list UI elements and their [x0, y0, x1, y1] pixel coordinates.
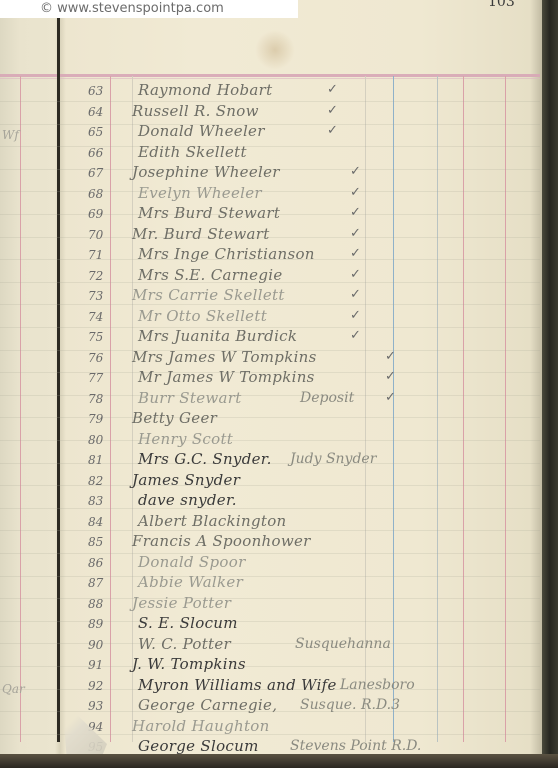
checkmark-icon: ✓ [350, 185, 361, 200]
entry-number: 92 [88, 679, 110, 693]
checkmark-icon: ✓ [350, 164, 361, 179]
entry-number: 71 [88, 248, 110, 262]
checkmark-icon: ✓ [350, 226, 361, 241]
entry-name: Mrs Burd Stewart [138, 204, 280, 222]
entry-name: Donald Spoor [138, 553, 246, 571]
entry-name: Donald Wheeler [138, 122, 265, 140]
entry-number: 76 [88, 351, 110, 365]
entry-number: 66 [88, 146, 110, 160]
entry-number: 65 [88, 125, 110, 139]
entry-name: Josephine Wheeler [132, 163, 280, 181]
entry-name: Albert Blackington [138, 512, 287, 530]
entry-name: James Snyder [132, 471, 240, 489]
entry-name: S. E. Slocum [138, 614, 238, 632]
ledger-page: 103 Wf Qar 63Raymond Hobart✓64Russell R.… [0, 0, 545, 756]
entry-number: 70 [88, 228, 110, 242]
entry-name: Burr Stewart [138, 389, 242, 407]
entry-name: Jessie Potter [132, 594, 231, 612]
entry-number: 82 [88, 474, 110, 488]
entry-number: 77 [88, 371, 110, 385]
entry-number: 81 [88, 453, 110, 467]
checkmark-icon: ✓ [327, 103, 338, 118]
entry-name: Myron Williams and Wife [138, 676, 337, 694]
entry-name: Mr Otto Skellett [138, 307, 267, 325]
header-rule-secondary [0, 78, 540, 79]
entry-name: Mrs S.E. Carnegie [138, 266, 283, 284]
entry-name: Mrs Inge Christianson [138, 245, 315, 263]
entry-name: Francis A Spoonhower [132, 532, 311, 550]
entry-number: 67 [88, 166, 110, 180]
entry-name: Mrs James W Tompkins [132, 348, 317, 366]
entry-number: 73 [88, 289, 110, 303]
checkmark-icon: ✓ [327, 123, 338, 138]
entry-name: Mrs G.C. Snyder. [138, 450, 272, 468]
entry-note: Susquehanna [295, 636, 391, 652]
entry-note: Susque. R.D.3 [300, 697, 400, 713]
checkmark-icon: ✓ [385, 369, 396, 384]
entry-name: J. W. Tompkins [132, 655, 246, 673]
entry-number: 93 [88, 699, 110, 713]
entry-name: George Carnegie, [138, 696, 277, 714]
entry-number: 80 [88, 433, 110, 447]
entry-name: Mrs Carrie Skellett [132, 286, 285, 304]
watermark: © www.stevenspointpa.com [0, 0, 298, 18]
entry-name: George Slocum [138, 737, 259, 755]
checkmark-icon: ✓ [350, 287, 361, 302]
entry-name: Abbie Walker [138, 573, 243, 591]
entry-number: 86 [88, 556, 110, 570]
entry-name: Russell R. Snow [132, 102, 259, 120]
entry-number: 91 [88, 658, 110, 672]
entry-number: 72 [88, 269, 110, 283]
entry-number: 63 [88, 84, 110, 98]
book-bottom-edge [0, 754, 558, 768]
entry-number: 87 [88, 576, 110, 590]
checkmark-icon: ✓ [385, 390, 396, 405]
entry-name: Edith Skellett [138, 143, 247, 161]
entry-name: Betty Geer [132, 409, 217, 427]
entry-note: Judy Snyder [290, 451, 376, 467]
entry-number: 88 [88, 597, 110, 611]
page-number: 103 [488, 0, 515, 10]
checkmark-icon: ✓ [350, 267, 361, 282]
checkmark-icon: ✓ [385, 349, 396, 364]
entry-number: 84 [88, 515, 110, 529]
entry-number: 85 [88, 535, 110, 549]
entry-name: Harold Haughton [132, 717, 270, 735]
entry-number: 74 [88, 310, 110, 324]
entry-name: Evelyn Wheeler [138, 184, 262, 202]
header-rule [0, 74, 540, 77]
book-binding [542, 0, 558, 768]
entry-number: 75 [88, 330, 110, 344]
entry-number: 68 [88, 187, 110, 201]
entry-number: 69 [88, 207, 110, 221]
entry-note: Stevens Point R.D. [290, 738, 421, 754]
checkmark-icon: ✓ [350, 328, 361, 343]
entry-note: Lanesboro [340, 677, 415, 693]
entry-name: Mrs Juanita Burdick [138, 327, 297, 345]
entry-number: 89 [88, 617, 110, 631]
checkmark-icon: ✓ [350, 308, 361, 323]
entry-name: Henry Scott [138, 430, 233, 448]
paper-stain [255, 30, 295, 70]
entry-name: Mr James W Tompkins [138, 368, 315, 386]
checkmark-icon: ✓ [327, 82, 338, 97]
entry-note: Deposit [300, 390, 354, 406]
entry-number: 79 [88, 412, 110, 426]
entry-number: 64 [88, 105, 110, 119]
entry-name: dave snyder. [138, 491, 237, 509]
entry-name: Mr. Burd Stewart [132, 225, 270, 243]
entry-number: 90 [88, 638, 110, 652]
checkmark-icon: ✓ [350, 205, 361, 220]
entry-number: 78 [88, 392, 110, 406]
checkmark-icon: ✓ [350, 246, 361, 261]
entry-name: W. C. Potter [138, 635, 231, 653]
entry-number: 83 [88, 494, 110, 508]
entry-name: Raymond Hobart [138, 81, 272, 99]
